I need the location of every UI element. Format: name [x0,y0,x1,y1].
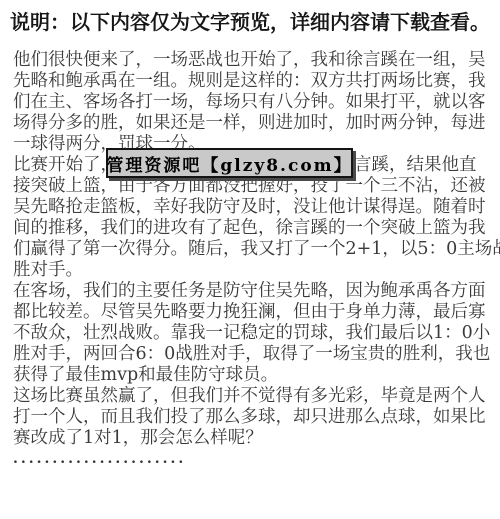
text-line: 吴先略抢走篮板，幸好我防守及时，没让他计谋得逞。随着时 [13,197,490,218]
text-before-watermark: 比赛开始了， [13,155,118,175]
document-body: 他们很快便来了，一场恶战也开始了，我和徐言蹊在一组，吴 先略和鲍承禹在一组。规则… [0,34,500,470]
text-line: 先略和鲍承禹在一组。规则是这样的：双方共打两场比赛，我 [13,71,490,92]
text-line: 间的推移，我们的进攻有了起色，徐言蹊的一个突破上篮为我 [13,218,490,239]
text-line: 胜对手。 [13,260,490,281]
watermark-badge: 管理资源吧【glzy8.com】 [106,148,353,178]
text-line: 这场比赛虽然赢了，但我们并不觉得有多光彩，毕竟是两个人 [13,386,490,407]
text-line: 胜对手，两回合6：0战胜对手，取得了一场宝贵的胜利，我也 [13,344,490,365]
text-after-watermark: 言蹊，结果他直 [354,155,477,175]
text-line: 都比较差。尽管吴先略要力挽狂澜，但由于身单力薄，最后寡 [13,302,490,323]
text-line: 场得分多的胜，如果还是一样，则进加时，加时两分钟，每进 [13,113,490,134]
text-line: 获得了最佳mvp和最佳防守球员。 [13,365,490,386]
text-line: 赛改成了1对1，那会怎么样呢？ [13,428,490,449]
document-preview-page: 说明：以下内容仅为文字预览，详细内容请下载查看。 他们很快便来了，一场恶战也开始… [0,0,500,519]
text-line: 他们很快便来了，一场恶战也开始了，我和徐言蹊在一组，吴 [13,50,490,71]
ellipsis-row: ...................... [13,449,490,470]
text-line: 在客场，我们的主要任务是防守住吴先略，因为鲍承禹各方面 [13,281,490,302]
text-line: 打一个人，而且我们投了那么多球，却只进那么点球，如果比 [13,407,490,428]
text-line: 们赢得了第一次得分。随后，我又打了一个2+1，以5：0主场战 [13,239,490,260]
text-line: 接突破上篮，由于各方面都没把握好，投了一个三不沾，还被 [13,176,490,197]
text-line: 不敌众，壮烈战败。靠我一记稳定的罚球，我们最后以1：0小 [13,323,490,344]
text-line: 们在主、客场各打一场，每场只有八分钟。如果打平，就以客 [13,92,490,113]
preview-notice-title: 说明：以下内容仅为文字预览，详细内容请下载查看。 [0,0,500,34]
